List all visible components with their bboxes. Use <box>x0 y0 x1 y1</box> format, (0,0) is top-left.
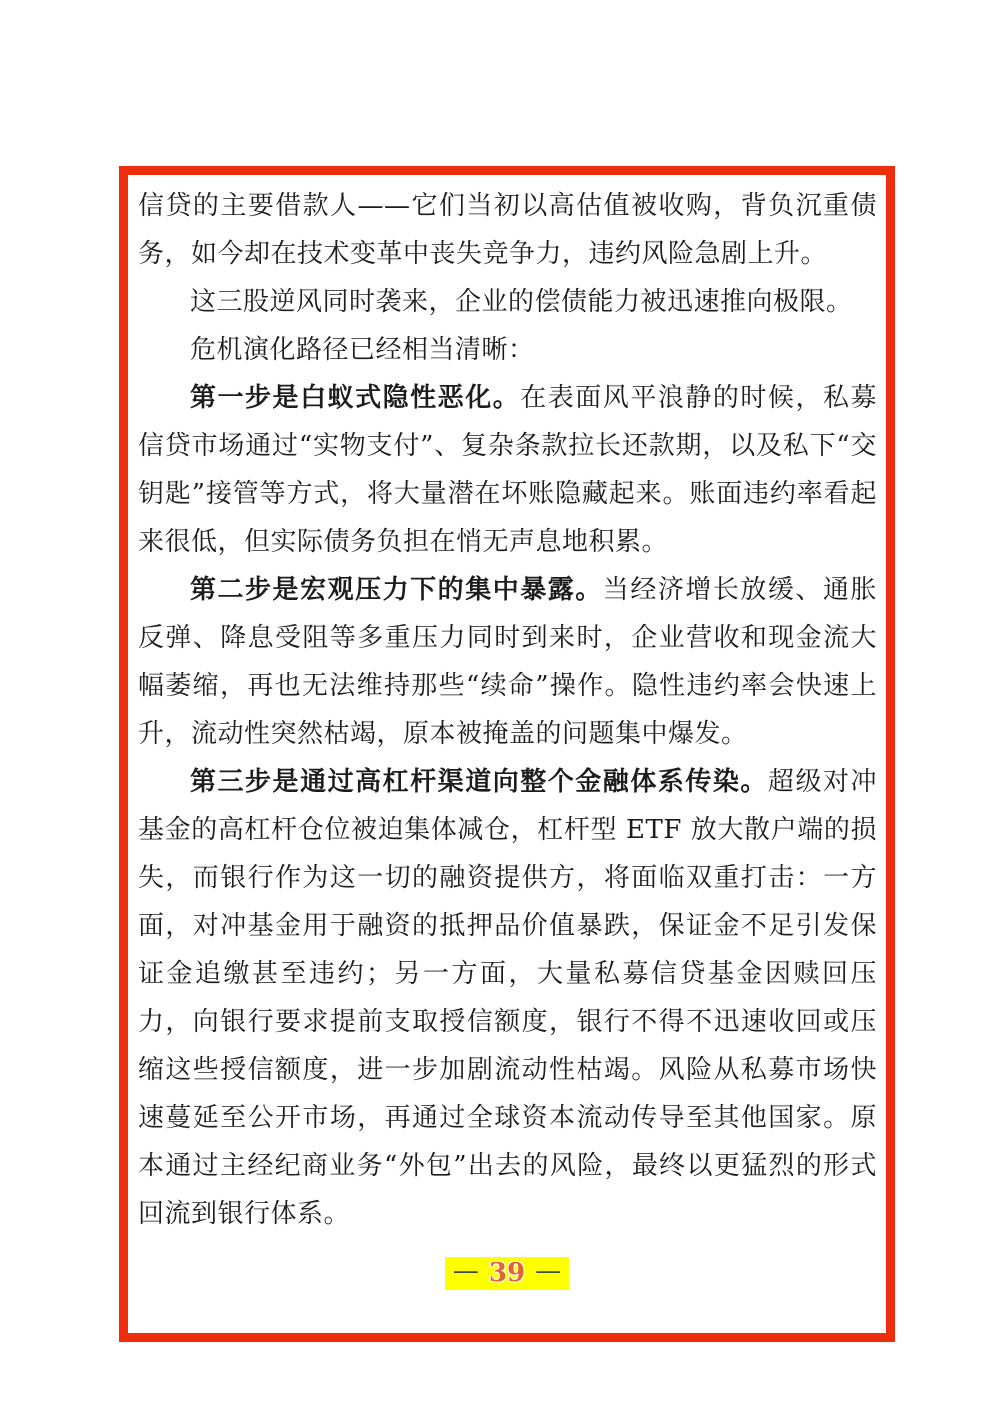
paragraph: 第二步是宏观压力下的集中暴露。当经济增长放缓、通胀反弹、降息受阻等多重压力同时到… <box>138 566 877 758</box>
paragraph-text: 超级对冲基金的高杠杆仓位被迫集体减仓，杠杆型 ETF 放大散户端的损失，而银行作… <box>138 767 877 1229</box>
document-page: 信贷的主要借款人——它们当初以高估值被收购，背负沉重债务，如今却在技术变革中丧失… <box>0 0 1000 1414</box>
paragraph-lead: 第一步是白蚁式隐性恶化。 <box>190 383 520 413</box>
page-footer: —39— <box>128 1257 886 1290</box>
paragraph-lead: 第三步是通过高杠杆渠道向整个金融体系传染。 <box>190 767 768 797</box>
paragraph: 这三股逆风同时袭来，企业的偿债能力被迅速推向极限。 <box>138 278 877 326</box>
page-border-frame: 信贷的主要借款人——它们当初以高估值被收购，背负沉重债务，如今却在技术变革中丧失… <box>119 166 895 1342</box>
paragraph-text: 危机演化路径已经相当清晰： <box>190 335 535 365</box>
footer-dash-right: — <box>535 1256 561 1286</box>
paragraph-text: 信贷的主要借款人——它们当初以高估值被收购，背负沉重债务，如今却在技术变革中丧失… <box>138 191 877 269</box>
page-number: 39 <box>489 1258 525 1288</box>
paragraph-lead: 第二步是宏观压力下的集中暴露。 <box>190 575 603 605</box>
paragraph: 信贷的主要借款人——它们当初以高估值被收购，背负沉重债务，如今却在技术变革中丧失… <box>138 182 877 278</box>
page-body-text: 信贷的主要借款人——它们当初以高估值被收购，背负沉重债务，如今却在技术变革中丧失… <box>128 175 886 1238</box>
page-number-highlight: —39— <box>445 1257 569 1290</box>
paragraph: 第三步是通过高杠杆渠道向整个金融体系传染。超级对冲基金的高杠杆仓位被迫集体减仓，… <box>138 758 877 1238</box>
paragraph: 第一步是白蚁式隐性恶化。在表面风平浪静的时候，私募信贷市场通过“实物支付”、复杂… <box>138 374 877 566</box>
footer-dash-left: — <box>453 1256 479 1286</box>
paragraph: 危机演化路径已经相当清晰： <box>138 326 877 374</box>
paragraph-text: 这三股逆风同时袭来，企业的偿债能力被迅速推向极限。 <box>190 287 853 317</box>
